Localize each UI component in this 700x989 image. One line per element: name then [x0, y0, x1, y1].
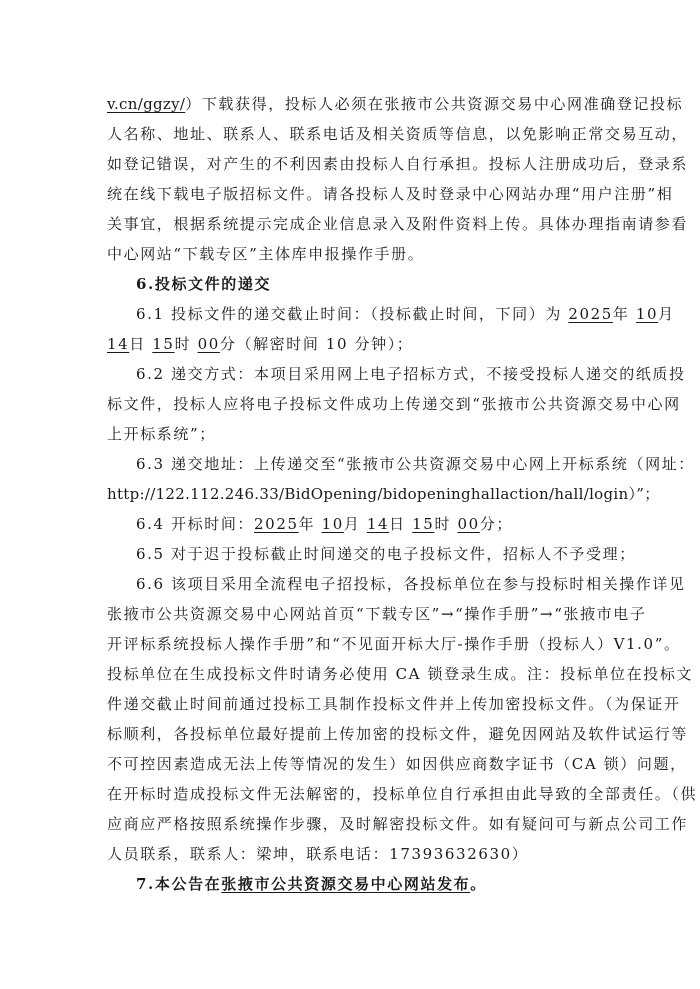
- bid-opening-url[interactable]: http://122.112.246.33/BidOpening/bidopen…: [107, 479, 595, 509]
- item-6-1-line-2: 14日 15时 00分（解密时间 10 分钟）；: [107, 329, 595, 359]
- deadline-year: 2025: [568, 305, 613, 323]
- intro-line-5: 关事宜，根据系统提示完成企业信息录入及附件资料上传。具体办理指南请参看: [107, 209, 595, 239]
- item-6-6-line-10: 人员联系，联系人：梁坤，联系电话：17393632630）: [107, 839, 595, 869]
- opening-minute: 00: [457, 515, 479, 533]
- item-6-6-line-6: 标顺利，各投标单位最好提前上传加密的投标文件，避免因网站及软件试运行等: [107, 719, 595, 749]
- opening-hour: 15: [412, 515, 434, 533]
- intro-line-4: 统在线下载电子版招标文件。请各投标人及时登录中心网站办理“用户注册”相: [107, 179, 595, 209]
- item-6-3-line-1: 6.3 递交地址：上传递交至“张掖市公共资源交易中心网上开标系统（网址：: [107, 449, 595, 479]
- item-6-2-line-1: 6.2 递交方式：本项目采用网上电子招标方式，不接受投标人递交的纸质投: [107, 359, 595, 389]
- item-6-2-line-3: 上开标系统”；: [107, 419, 595, 449]
- item-6-6-line-5: 件递交截止时间前通过投标工具制作投标文件并上传加密投标文件。（为保证开: [107, 689, 595, 719]
- item-6-6-line-2: 张掖市公共资源交易中心网站首页“下载专区”→“操作手册”→“张掖市电子: [107, 599, 595, 629]
- item-6-6-line-9: 应商应严格按照系统操作步骤，及时解密投标文件。如有疑问可与新点公司工作: [107, 809, 595, 839]
- intro-line-3: 如登记错误，对产生的不利因素由投标人自行承担。投标人注册成功后，登录系: [107, 149, 595, 179]
- document-page: v.cn/ggzy/）下载获得，投标人必须在张掖市公共资源交易中心网准确登记投标…: [107, 89, 595, 899]
- item-6-6-line-8: 在开标时造成投标文件无法解密的，投标单位自行承担由此导致的全部责任。（供: [107, 779, 595, 809]
- item-6-5: 6.5 对于迟于投标截止时间递交的电子投标文件，招标人不予受理；: [107, 539, 595, 569]
- intro-line-2: 人名称、地址、联系人、联系电话及相关资质等信息，以免影响正常交易互动，: [107, 119, 595, 149]
- opening-day: 14: [367, 515, 389, 533]
- deadline-minute: 00: [198, 335, 220, 353]
- deadline-day: 14: [107, 335, 129, 353]
- item-6-1-line-1: 6.1 投标文件的递交截止时间：（投标截止时间，下同）为 2025年 10月: [107, 299, 595, 329]
- item-6-4: 6.4 开标时间：2025年 10月 14日 15时 00分；: [107, 509, 595, 539]
- opening-year: 2025: [254, 515, 299, 533]
- item-6-6-line-7: 不可控因素造成无法上传等情况的发生）如因供应商数字证书（CA 锁）问题，: [107, 749, 595, 779]
- item-6-2-line-2: 标文件，投标人应将电子投标文件成功上传递交到“张掖市公共资源交易中心网: [107, 389, 595, 419]
- opening-month: 10: [322, 515, 344, 533]
- item-6-6-line-4: 投标单位在生成投标文件时请务必使用 CA 锁登录生成。注：投标单位在投标文: [107, 659, 595, 689]
- item-6-6-line-1: 6.6 该项目采用全流程电子招投标，各投标单位在参与投标时相关操作详见: [107, 569, 595, 599]
- deadline-hour: 15: [152, 335, 174, 353]
- section-7: 7.本公告在张掖市公共资源交易中心网站发布。: [107, 869, 595, 899]
- intro-line-1: v.cn/ggzy/）下载获得，投标人必须在张掖市公共资源交易中心网准确登记投标: [107, 89, 595, 119]
- item-6-6-line-3: 开评标系统投标人操作手册”和“不见面开标大厅-操作手册（投标人）V1.0”。: [107, 629, 595, 659]
- website-link-fragment[interactable]: v.cn/ggzy/: [107, 95, 185, 113]
- publication-site-link[interactable]: 张掖市公共资源交易中心网站发布: [221, 875, 470, 893]
- section-6-heading: 6.投标文件的递交: [107, 269, 595, 299]
- intro-line-6: 中心网站“下载专区”主体库申报操作手册。: [107, 239, 595, 269]
- deadline-month: 10: [636, 305, 658, 323]
